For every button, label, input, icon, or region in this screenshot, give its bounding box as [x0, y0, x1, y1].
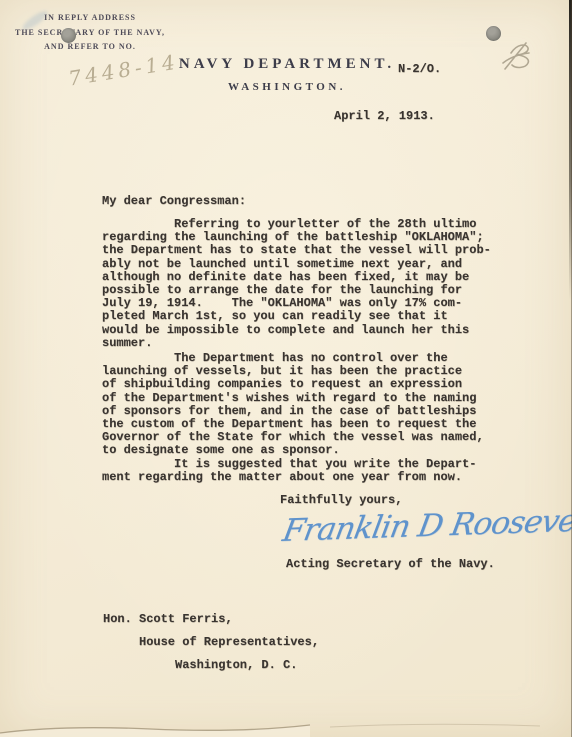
page-edge-shadow — [0, 719, 572, 737]
recipient-org: House of Representatives, — [139, 636, 319, 649]
letterhead: NAVY DEPARTMENT. WASHINGTON. — [142, 56, 432, 93]
punch-hole-left — [61, 28, 76, 43]
body-paragraph-3: It is suggested that you write the Depar… — [102, 458, 476, 484]
letter-page: IN REPLY ADDRESS THE SECRETARY OF THE NA… — [0, 0, 572, 737]
file-number: N-2/O. — [398, 63, 441, 76]
letterhead-title: NAVY DEPARTMENT. — [142, 56, 432, 73]
recipient-city: Washington, D. C. — [175, 659, 297, 672]
stamp-line: AND REFER TO NO. — [12, 40, 168, 55]
stamp-line: IN REPLY ADDRESS — [12, 11, 168, 26]
body-paragraph-1: Referring to yourletter of the 28th ulti… — [102, 218, 491, 350]
recipient-name: Hon. Scott Ferris, — [103, 613, 233, 626]
letterhead-city: WASHINGTON. — [142, 81, 432, 93]
body-paragraph-2: The Department has no control over the l… — [102, 352, 484, 458]
salutation: My dear Congressman: — [102, 195, 246, 208]
signer-title: Acting Secretary of the Navy. — [286, 558, 495, 571]
valediction: Faithfully yours, — [280, 494, 402, 507]
signature: Franklin D Roosevelt — [280, 503, 572, 549]
reply-stamp: IN REPLY ADDRESS THE SECRETARY OF THE NA… — [12, 11, 168, 55]
stamp-line: THE SECRETARY OF THE NAVY, — [12, 26, 168, 41]
date-line: April 2, 1913. — [334, 110, 435, 123]
pencil-initials-scribble — [499, 38, 537, 74]
